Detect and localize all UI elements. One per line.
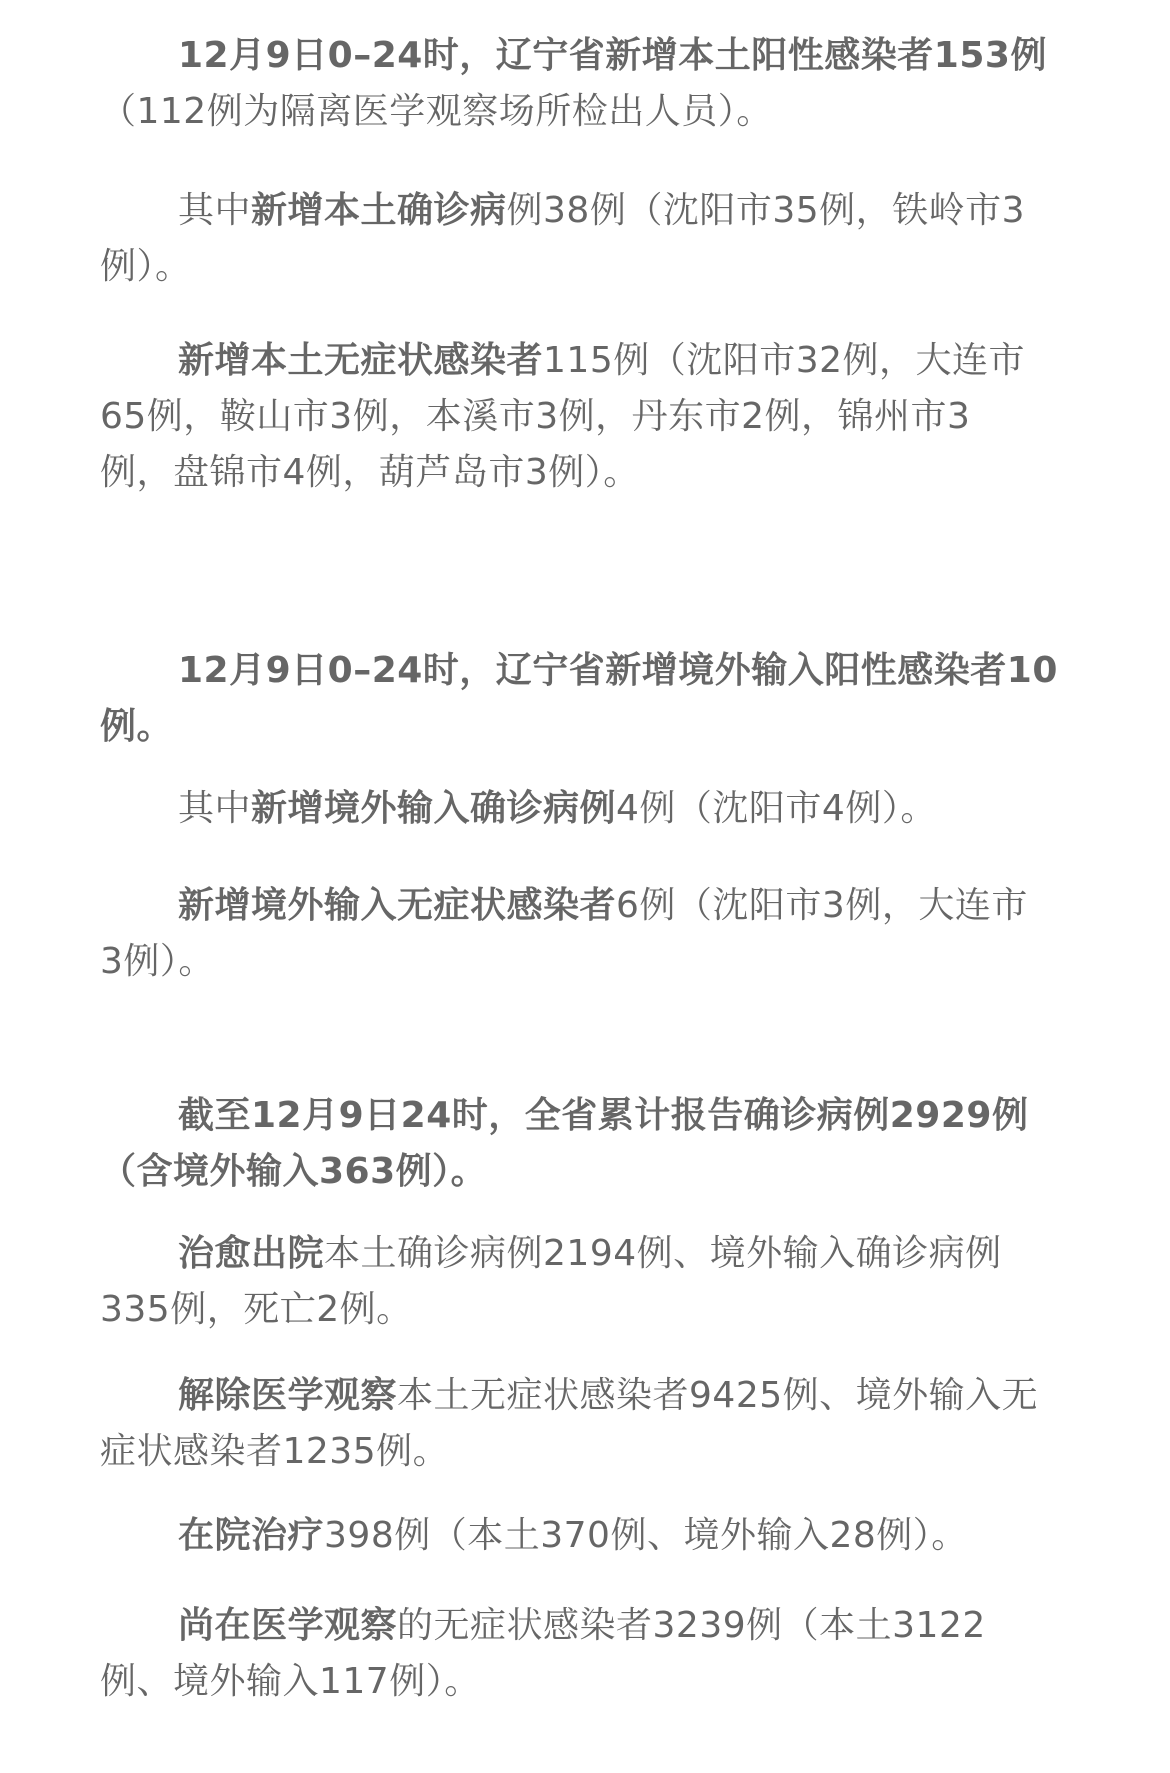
bold-text: 尚在医学观察 bbox=[178, 1605, 397, 1646]
body-text: 335例，死亡2例。 bbox=[100, 1289, 413, 1330]
paragraph-p11: 尚在医学观察的无症状感染者3239例（本土3122例、境外输入117例）。 bbox=[100, 1598, 1140, 1710]
body-text: 例38例（沈阳市35例，铁岭市3 bbox=[507, 190, 1026, 231]
paragraph-p10: 在院治疗398例（本土370例、境外输入28例）。 bbox=[100, 1508, 1140, 1564]
body-text: 例、境外输入117例）。 bbox=[100, 1661, 481, 1702]
paragraph-p5: 其中新增境外输入确诊病例4例（沈阳市4例）。 bbox=[100, 781, 1140, 837]
text-line: 新增本土无症状感染者115例（沈阳市32例，大连市 bbox=[100, 333, 1140, 389]
text-line: 例）。 bbox=[100, 239, 1140, 295]
body-text: 398例（本土370例、境外输入28例）。 bbox=[324, 1515, 968, 1556]
paragraph-p8: 治愈出院本土确诊病例2194例、境外输入确诊病例335例，死亡2例。 bbox=[100, 1226, 1140, 1338]
body-text: 例，盘锦市4例，葫芦岛市3例）。 bbox=[100, 452, 640, 493]
paragraph-p6: 新增境外输入无症状感染者6例（沈阳市3例，大连市3例）。 bbox=[100, 878, 1140, 990]
text-line: 12月9日0–24时，辽宁省新增本土阳性感染者153例 bbox=[100, 28, 1140, 84]
paragraph-p7: 截至12月9日24时，全省累计报告确诊病例2929例（含境外输入363例）。 bbox=[100, 1088, 1140, 1200]
text-line: 335例，死亡2例。 bbox=[100, 1282, 1140, 1338]
paragraph-p2: 其中新增本土确诊病例38例（沈阳市35例，铁岭市3例）。 bbox=[100, 183, 1140, 295]
body-text: 65例，鞍山市3例，本溪市3例，丹东市2例，锦州市3 bbox=[100, 396, 970, 437]
body-text: 3例）。 bbox=[100, 941, 215, 982]
body-text: 其中 bbox=[178, 190, 251, 231]
text-line: 例，盘锦市4例，葫芦岛市3例）。 bbox=[100, 445, 1140, 501]
text-line: 新增境外输入无症状感染者6例（沈阳市3例，大连市 bbox=[100, 878, 1140, 934]
paragraph-p3: 新增本土无症状感染者115例（沈阳市32例，大连市65例，鞍山市3例，本溪市3例… bbox=[100, 333, 1140, 501]
bold-text: 新增本土无症状感染者 bbox=[178, 340, 543, 381]
body-text: （112例为隔离医学观察场所检出人员）。 bbox=[100, 91, 773, 132]
body-text: 其中 bbox=[178, 788, 251, 829]
bold-text: 新增境外输入确诊病例 bbox=[251, 788, 616, 829]
body-text: 115例（沈阳市32例，大连市 bbox=[543, 340, 1025, 381]
body-text: 本土确诊病例2194例、境外输入确诊病例 bbox=[324, 1233, 1002, 1274]
bold-text: 12月9日0–24时，辽宁省新增境外输入阳性感染者10 bbox=[178, 650, 1058, 691]
text-line: 65例，鞍山市3例，本溪市3例，丹东市2例，锦州市3 bbox=[100, 389, 1140, 445]
paragraph-p1: 12月9日0–24时，辽宁省新增本土阳性感染者153例（112例为隔离医学观察场… bbox=[100, 28, 1140, 140]
text-line: （112例为隔离医学观察场所检出人员）。 bbox=[100, 84, 1140, 140]
bold-text: 新增境外输入无症状感染者 bbox=[178, 885, 616, 926]
body-text: 本土无症状感染者9425例、境外输入无 bbox=[397, 1375, 1038, 1416]
body-text: 的无症状感染者3239例（本土3122 bbox=[397, 1605, 986, 1646]
text-line: （含境外输入363例）。 bbox=[100, 1144, 1140, 1200]
text-line: 其中新增境外输入确诊病例4例（沈阳市4例）。 bbox=[100, 781, 1140, 837]
body-text: 症状感染者1235例。 bbox=[100, 1431, 449, 1472]
text-line: 例、境外输入117例）。 bbox=[100, 1654, 1140, 1710]
bold-text: 解除医学观察 bbox=[178, 1375, 397, 1416]
text-line: 治愈出院本土确诊病例2194例、境外输入确诊病例 bbox=[100, 1226, 1140, 1282]
bold-text: 治愈出院 bbox=[178, 1233, 324, 1274]
text-line: 例。 bbox=[100, 699, 1140, 755]
bold-text: 12月9日0–24时，辽宁省新增本土阳性感染者153例 bbox=[178, 35, 1047, 76]
paragraph-p9: 解除医学观察本土无症状感染者9425例、境外输入无症状感染者1235例。 bbox=[100, 1368, 1140, 1480]
bold-text: 例。 bbox=[100, 706, 173, 747]
bold-text: 新增本土确诊病 bbox=[251, 190, 507, 231]
body-text: 6例（沈阳市3例，大连市 bbox=[616, 885, 1028, 926]
text-line: 症状感染者1235例。 bbox=[100, 1424, 1140, 1480]
text-line: 截至12月9日24时，全省累计报告确诊病例2929例 bbox=[100, 1088, 1140, 1144]
bold-text: 在院治疗 bbox=[178, 1515, 324, 1556]
body-text: 4例（沈阳市4例）。 bbox=[616, 788, 937, 829]
bold-text: 截至12月9日24时，全省累计报告确诊病例2929例 bbox=[178, 1095, 1028, 1136]
text-line: 在院治疗398例（本土370例、境外输入28例）。 bbox=[100, 1508, 1140, 1564]
text-line: 解除医学观察本土无症状感染者9425例、境外输入无 bbox=[100, 1368, 1140, 1424]
text-line: 尚在医学观察的无症状感染者3239例（本土3122 bbox=[100, 1598, 1140, 1654]
text-line: 3例）。 bbox=[100, 934, 1140, 990]
bold-text: （含境外输入363例）。 bbox=[100, 1151, 487, 1192]
text-line: 其中新增本土确诊病例38例（沈阳市35例，铁岭市3 bbox=[100, 183, 1140, 239]
text-line: 12月9日0–24时，辽宁省新增境外输入阳性感染者10 bbox=[100, 643, 1140, 699]
paragraph-p4: 12月9日0–24时，辽宁省新增境外输入阳性感染者10例。 bbox=[100, 643, 1140, 755]
body-text: 例）。 bbox=[100, 246, 192, 287]
